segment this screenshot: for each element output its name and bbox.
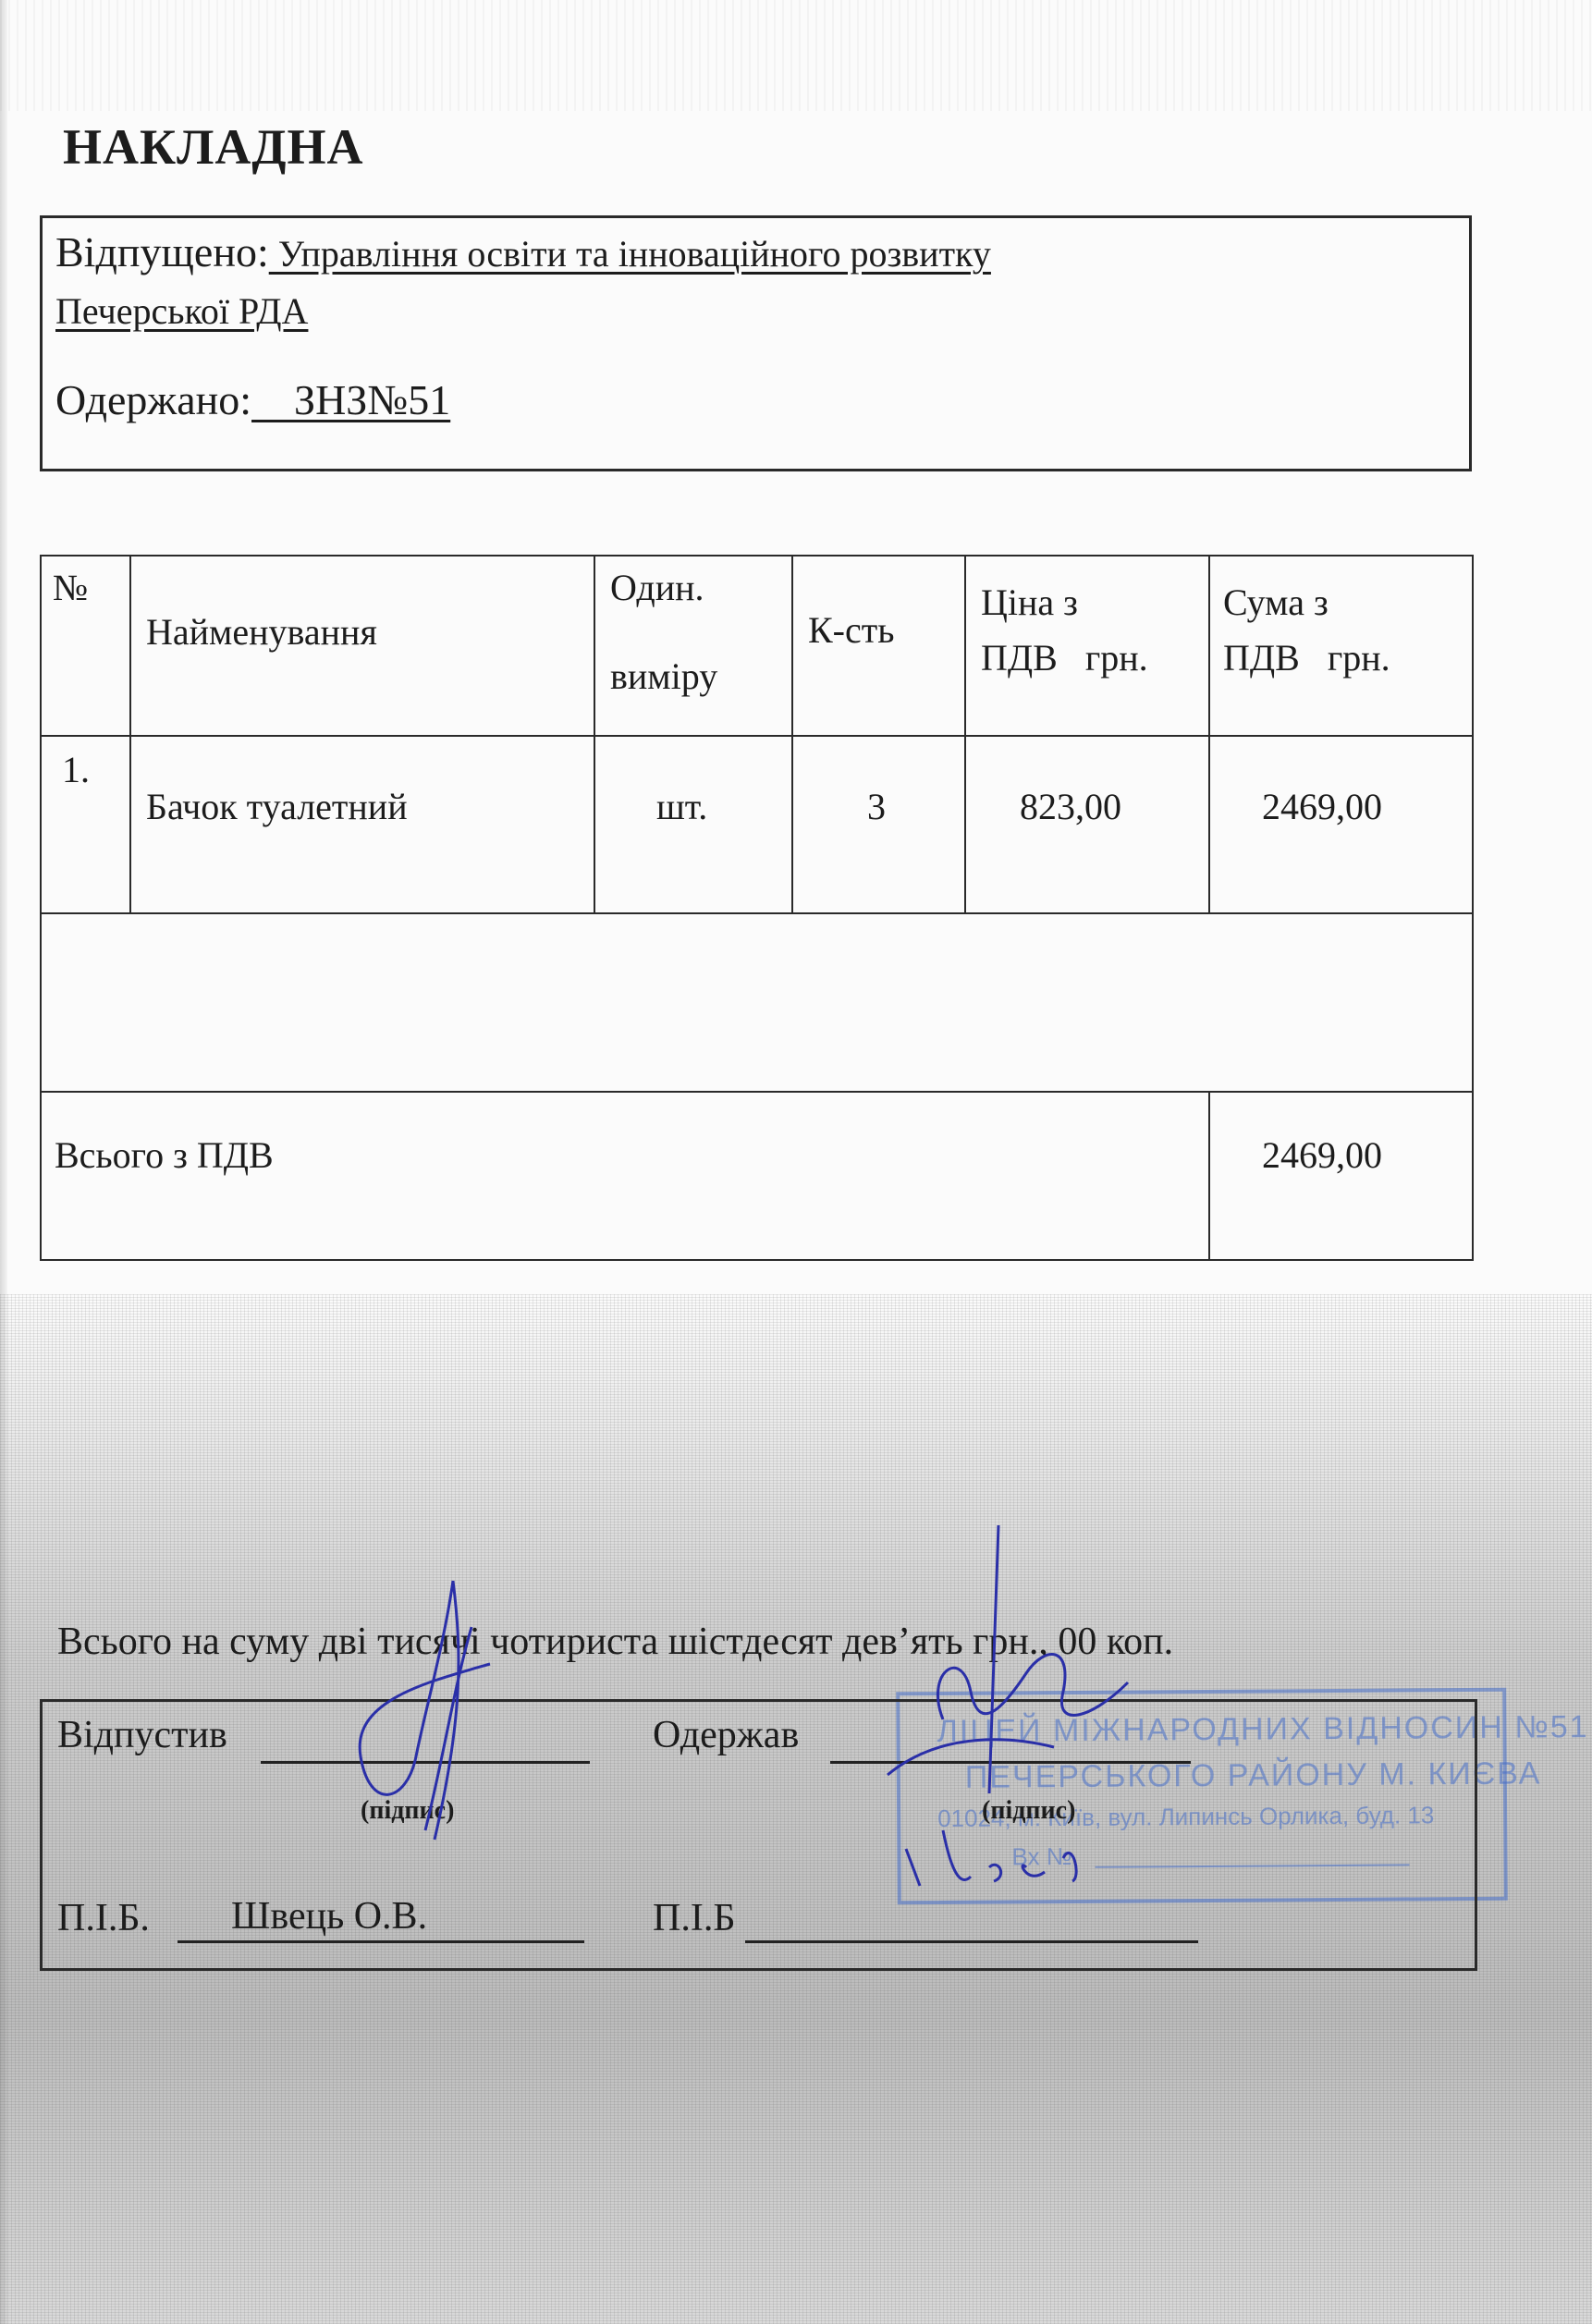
items-table: № Найменування Один. виміру К-сть Ціна з… bbox=[40, 555, 1474, 1261]
document-title: НАКЛАДНА bbox=[63, 118, 364, 176]
header-price-1: Ціна з bbox=[981, 581, 1078, 624]
header-unit-2: виміру bbox=[610, 654, 717, 698]
row-qty: 3 bbox=[867, 785, 886, 828]
received-by-row: Одержано: ЗНЗ№51 bbox=[55, 375, 450, 424]
table-blank-row bbox=[41, 913, 1473, 1092]
name-label-right: П.І.Б bbox=[653, 1896, 735, 1940]
released-by-row: Відпущено: Управління освіти та інноваці… bbox=[55, 227, 991, 276]
released-by-row-2: Печерської РДА bbox=[55, 287, 308, 334]
parties-box: Відпущено: Управління освіти та інноваці… bbox=[40, 215, 1472, 471]
signatures-box: Відпустив Одержав (підпис) (підпис) П.І.… bbox=[40, 1699, 1477, 1971]
row-sum: 2469,00 bbox=[1262, 785, 1382, 828]
header-no: № bbox=[53, 566, 88, 609]
header-qty: К-сть bbox=[808, 608, 894, 652]
table-header-row: № Найменування Один. виміру К-сть Ціна з… bbox=[41, 556, 1473, 736]
released-by-value-2: Печерської РДА bbox=[55, 290, 308, 332]
released-by-value: Управління освіти та інноваційного розви… bbox=[269, 233, 991, 275]
header-unit-1: Один. bbox=[610, 566, 704, 609]
name-line-left bbox=[178, 1940, 584, 1943]
received-by-label: Одержано: bbox=[55, 376, 251, 423]
total-value: 2469,00 bbox=[1262, 1133, 1382, 1177]
table-total-row: Всього з ПДВ 2469,00 bbox=[41, 1092, 1473, 1260]
total-label: Всього з ПДВ bbox=[55, 1133, 274, 1177]
name-value-left: Швець О.В. bbox=[231, 1894, 427, 1939]
row-price: 823,00 bbox=[1020, 785, 1121, 828]
row-unit: шт. bbox=[656, 785, 707, 828]
header-price-2: ПДВ грн. bbox=[981, 636, 1148, 679]
header-name: Найменування bbox=[146, 610, 377, 654]
row-no: 1. bbox=[62, 748, 90, 791]
name-line-right bbox=[745, 1940, 1198, 1943]
row-name: Бачок туалетний bbox=[146, 785, 408, 828]
received-label: Одержав bbox=[653, 1713, 799, 1757]
released-by-label: Відпущено: bbox=[55, 228, 269, 275]
signature-right-icon bbox=[888, 1516, 1183, 1886]
table-row: 1. Бачок туалетний шт. 3 823,00 2469,00 bbox=[41, 736, 1473, 913]
released-label: Відпустив bbox=[57, 1713, 227, 1757]
scan-noise-top bbox=[0, 0, 1592, 111]
signature-left-icon bbox=[314, 1572, 592, 1849]
received-by-value: ЗНЗ№51 bbox=[251, 376, 450, 423]
header-sum-2: ПДВ грн. bbox=[1223, 636, 1390, 679]
name-label-left: П.І.Б. bbox=[57, 1896, 150, 1940]
header-sum-1: Сума з bbox=[1223, 581, 1329, 624]
